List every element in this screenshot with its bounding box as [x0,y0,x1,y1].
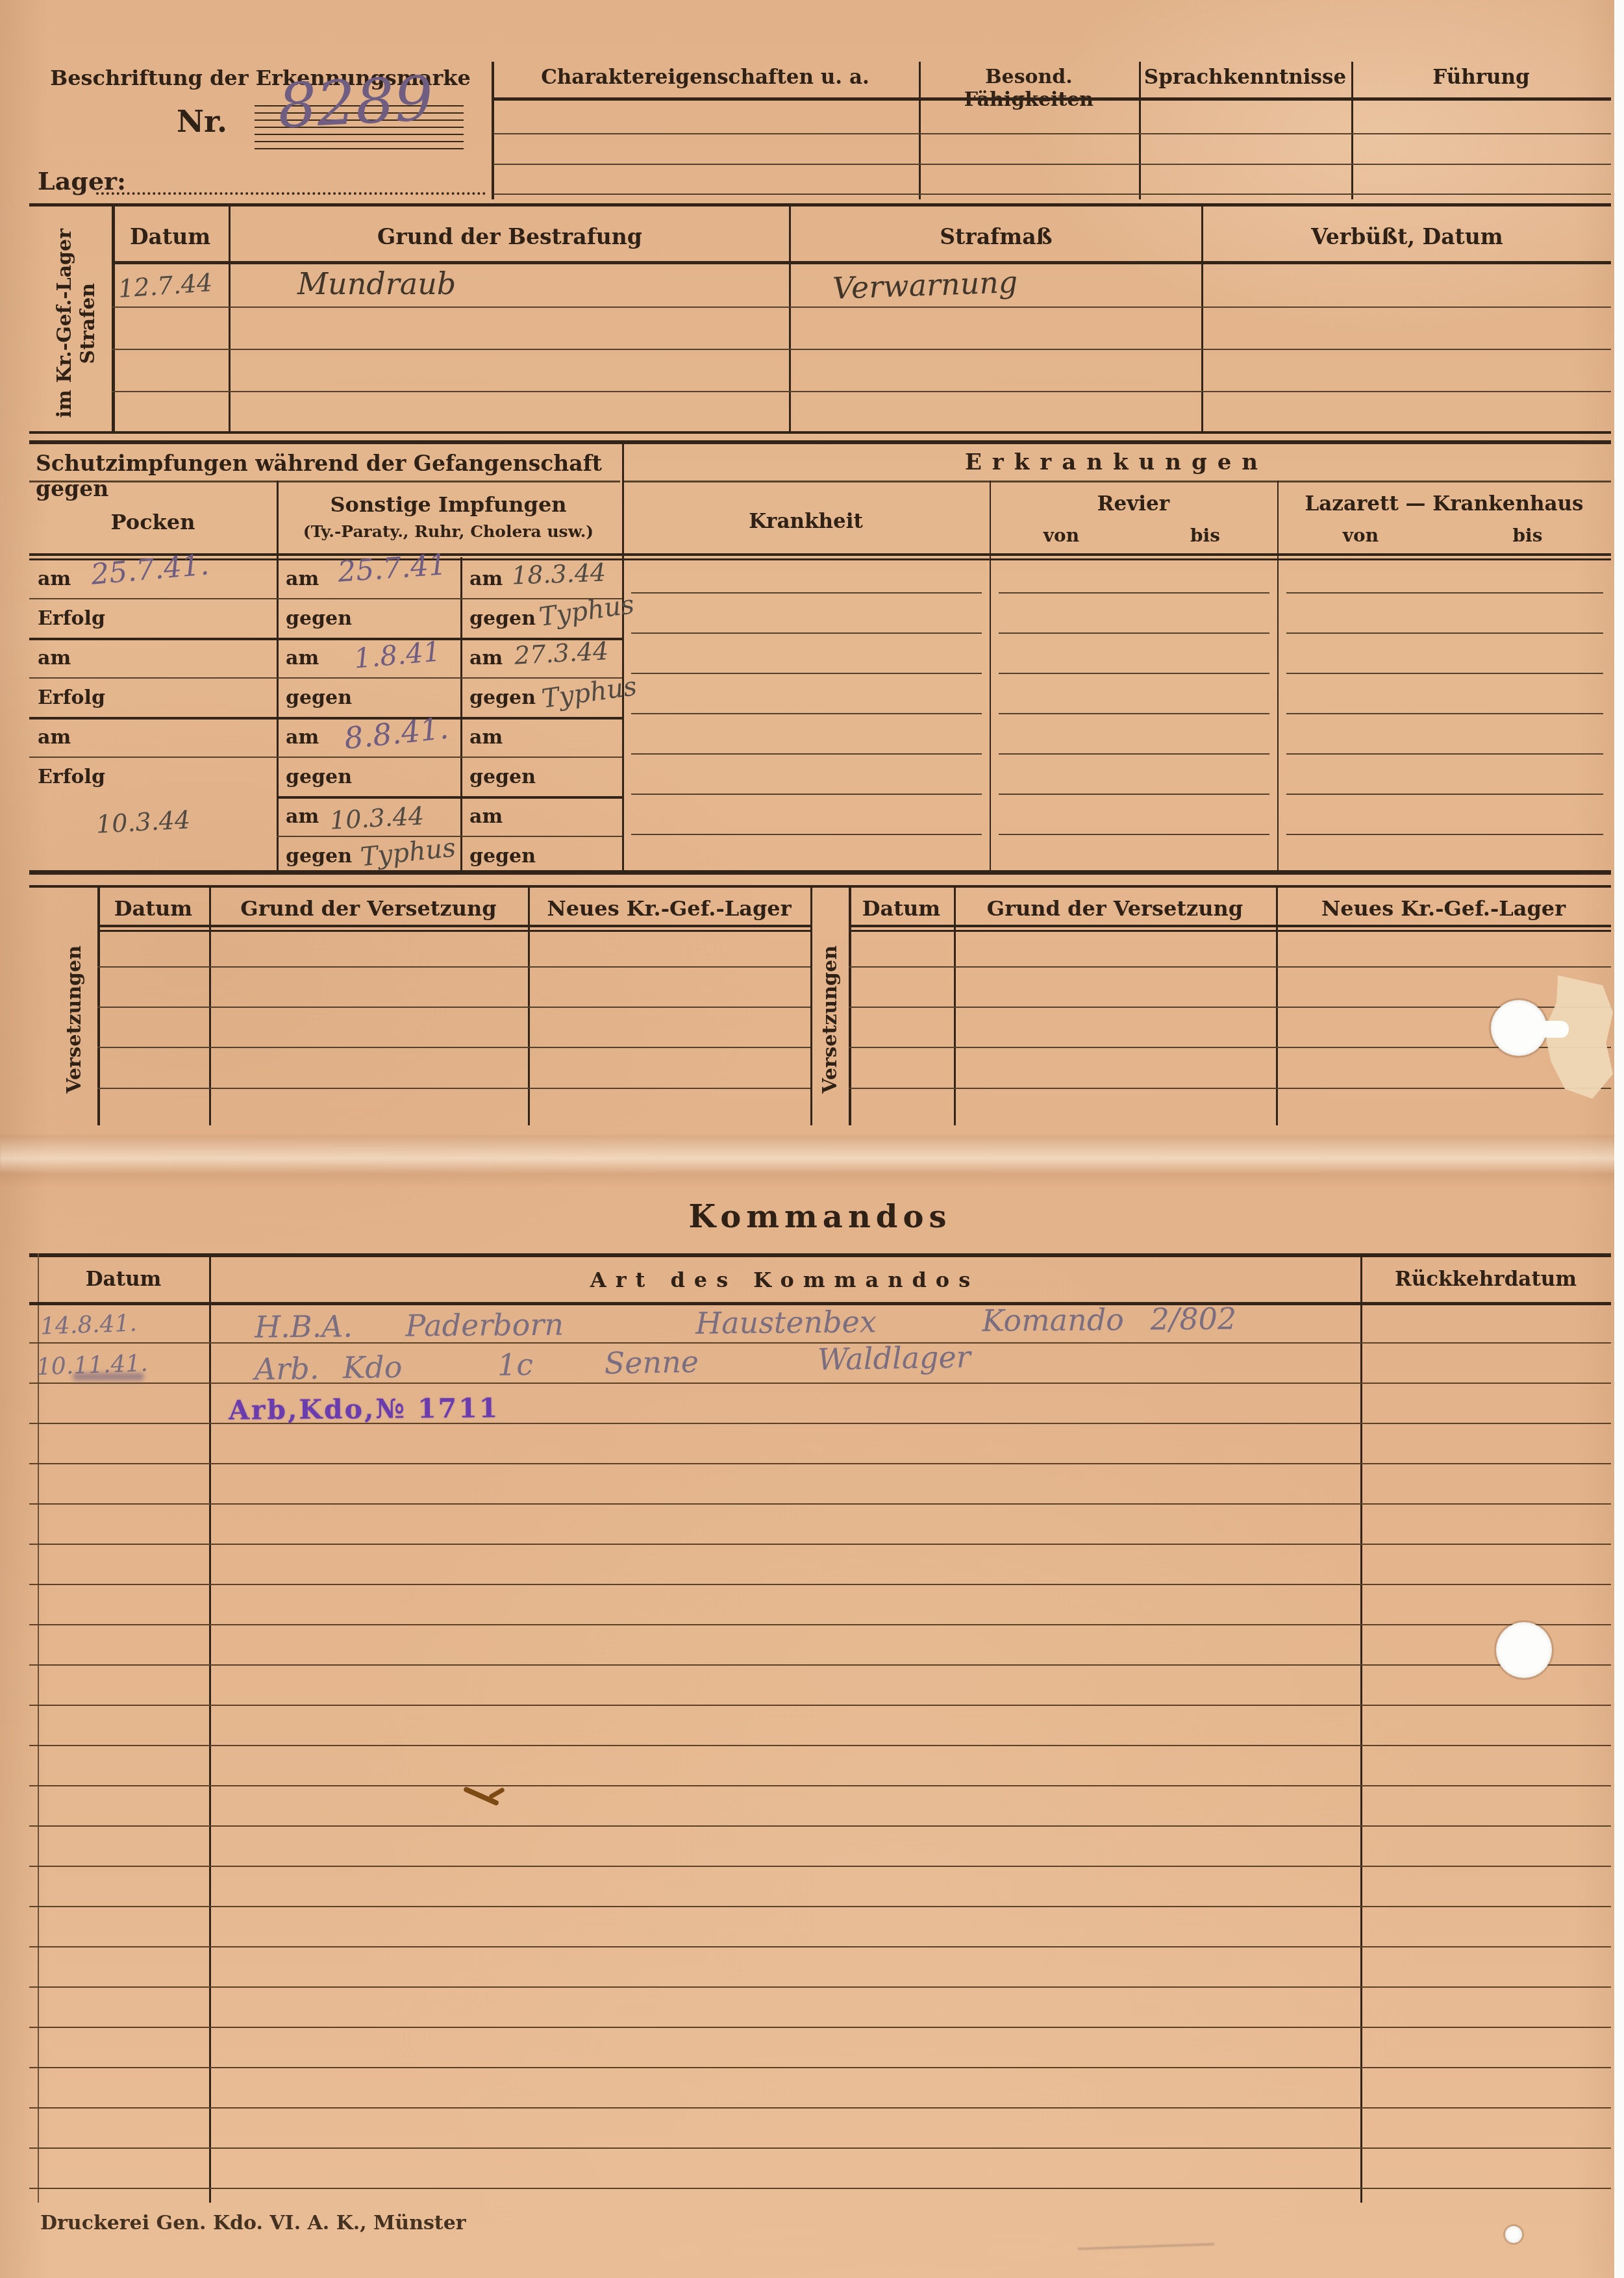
rule-line [493,164,1611,165]
strafen-entry-grund: Mundraub [297,266,456,301]
divider [622,440,624,873]
pocken-am-label: am [38,726,71,749]
punch-hole-tear [1539,1021,1569,1038]
pocken-erfolg-label: Erfolg [38,766,105,788]
pocken-header: Pocken [29,510,277,534]
erkrankungen-ruled-lines [631,553,982,835]
table-border [29,1253,1611,1257]
sonstige2-am-label: am [469,568,503,590]
strafen-side-label-line2: im Kr.-Gef.-Lager [53,229,76,418]
rule-line [29,717,622,720]
strafen-col-datum: Datum [112,224,229,249]
punch-hole [1496,1622,1552,1678]
revier-von-label: von [990,525,1133,546]
rule-line [29,598,622,599]
sonstige2-am-label: am [469,647,503,670]
pencil-scribble [1078,2243,1214,2249]
rule-line [849,1007,1611,1008]
fuehrung-header: Führung [1351,66,1611,89]
versetzungen-side-label: Versetzungen [55,922,94,1117]
lager-dotted-line [96,170,486,195]
sonstige1-gegen-label: gegen [286,686,352,709]
versetzungen-col-lager: Neues Kr.-Gef.-Lager [1276,896,1611,921]
lazarett-von-label: von [1277,525,1444,546]
rule-line [97,1047,810,1048]
sonstige2-row1-disease: Typhus [538,590,636,632]
kommandos-title: Kommandos [29,1199,1611,1235]
sonstige1-am-label: am [286,568,319,590]
divider [97,885,100,1125]
divider [954,885,956,1125]
sonstige-note: (Ty.-Paraty., Ruhr, Cholera usw.) [277,522,620,541]
rule-line [29,481,620,482]
strafen-col-grund: Grund der Bestrafung [231,224,789,249]
divider [990,481,991,873]
erkrankungen-title: Erkrankungen [622,449,1611,475]
kommando-row3-stamp: Arb,Kdo,№ 1711 [229,1392,500,1426]
versetzungen-side-label-text: Versetzungen [63,945,86,1094]
divider [528,885,530,1125]
pocken-erfolg-label: Erfolg [38,607,105,630]
sonstige1-am-label: am [286,805,319,828]
sonstige1-am-label: am [286,726,319,749]
divider [460,557,462,873]
rule-line [112,349,1611,350]
sonstige2-gegen-label: gegen [469,686,536,709]
rule-line [277,796,622,799]
rule-line [849,1047,1611,1048]
rule-line [112,307,1611,308]
sonstige1-row2-date: 1.8.41 [353,635,442,674]
sonstige1-gegen-label: gegen [286,607,352,630]
pocken-row4-date: 10.3.44 [95,805,191,839]
rule-line [97,930,810,932]
sonstige1-am-label: am [286,647,319,670]
nr-value-handwritten: 8289 [276,64,435,142]
pocken-am-label: am [38,568,71,590]
scan-edge [1614,0,1624,2278]
table-border [29,870,1611,875]
rule-line [97,925,810,927]
kommandos-col-datum: Datum [38,1268,209,1291]
strafen-col-verbuesst: Verbüßt, Datum [1203,224,1611,249]
sonstige2-am-label: am [469,726,503,749]
table-border [29,431,1611,434]
rule-line [112,261,1611,264]
sonstige1-gegen-label: gegen [286,845,352,868]
rule-line [849,1088,1611,1089]
divider [209,885,211,1125]
kommando-row1-datum: 14.8.41. [40,1310,137,1340]
versetzungen-col-lager: Neues Kr.-Gef.-Lager [528,896,810,921]
rule-line [97,1088,810,1089]
kommandos-col-art: Art des Kommandos [209,1268,1360,1292]
rule-line [493,194,1611,195]
rule-line [622,481,1611,482]
versetzungen-col-datum: Datum [97,896,209,921]
krankheit-header: Krankheit [622,510,990,533]
strafen-side-label-line1: Strafen [77,282,99,364]
kommandos-col-rueckkehr: Rückkehrdatum [1360,1268,1611,1291]
punch-hole-small [1505,2226,1522,2243]
fold-crease [0,1135,1624,1187]
versetzungen-side-label-text: Versetzungen [819,945,842,1094]
table-border [29,440,1611,444]
rule-line [29,757,622,758]
pow-record-card: Beschriftung der Erkennungsmarke Nr. 828… [0,0,1624,2278]
kommandos-ruled-lines [29,1303,1611,2203]
rule-line [29,677,622,679]
lazarett-bis-label: bis [1444,525,1611,546]
versetzungen-col-datum: Datum [849,896,954,921]
divider [277,481,279,873]
rule-line [97,1007,810,1008]
erkrankungen-ruled-lines [999,553,1269,835]
versetzungen-side-label: Versetzungen [812,922,849,1117]
sonstige2-gegen-label: gegen [469,766,536,788]
strafen-col-strafmass: Strafmaß [791,224,1201,249]
sonstige2-gegen-label: gegen [469,845,536,868]
revier-header: Revier [990,492,1277,516]
charakter-header: Charaktereigenschaften u. a. [492,66,919,89]
rule-line [849,925,1611,927]
sonstige2-gegen-label: gegen [469,607,536,630]
rule-line [849,930,1611,932]
sonstige2-row1-date: 18.3.44 [511,558,606,590]
divider [1277,481,1279,873]
rule-line [493,97,1611,101]
divider [849,885,851,1125]
strafen-entry-datum: 12.7.44 [118,268,214,303]
nr-label: Nr. [177,104,227,139]
divider [1276,885,1278,1125]
sonstige2-am-label: am [469,805,503,828]
sonstige1-row4-disease: Typhus [359,832,457,872]
sonstige-header: Sonstige Impfungen [277,492,620,517]
table-border [29,203,1611,207]
strafen-side-label: Strafen im Kr.-Gef.-Lager [43,214,110,432]
printer-imprint: Druckerei Gen. Kdo. VI. A. K., Münster [40,2212,466,2234]
rule-line [97,966,810,968]
rule-line [493,133,1611,134]
erkrankungen-ruled-lines [1286,553,1603,835]
versetzungen-col-grund: Grund der Versetzung [954,896,1276,921]
table-border [29,885,1611,888]
revier-bis-label: bis [1133,525,1277,546]
pencil-smudge [73,1373,144,1381]
pocken-am-label: am [38,647,71,670]
sonstige2-row2-date: 27.3.44 [514,636,609,670]
faehigkeiten-header: Besond. Fähigkeiten [919,66,1139,111]
pocken-erfolg-label: Erfolg [38,686,105,709]
lazarett-header: Lazarett — Krankenhaus [1277,492,1611,516]
rule-line [849,966,1611,968]
sonstige1-row1-date: 25.7.41 [336,548,447,589]
sonstige1-row4-date: 10.3.44 [329,801,425,835]
strafen-entry-strafmass: Verwarnung [832,264,1018,306]
versetzungen-col-grund: Grund der Versetzung [209,896,528,921]
rule-line [112,391,1611,392]
sonstige1-gegen-label: gegen [286,766,352,788]
sprachen-header: Sprachkenntnisse [1139,66,1351,89]
